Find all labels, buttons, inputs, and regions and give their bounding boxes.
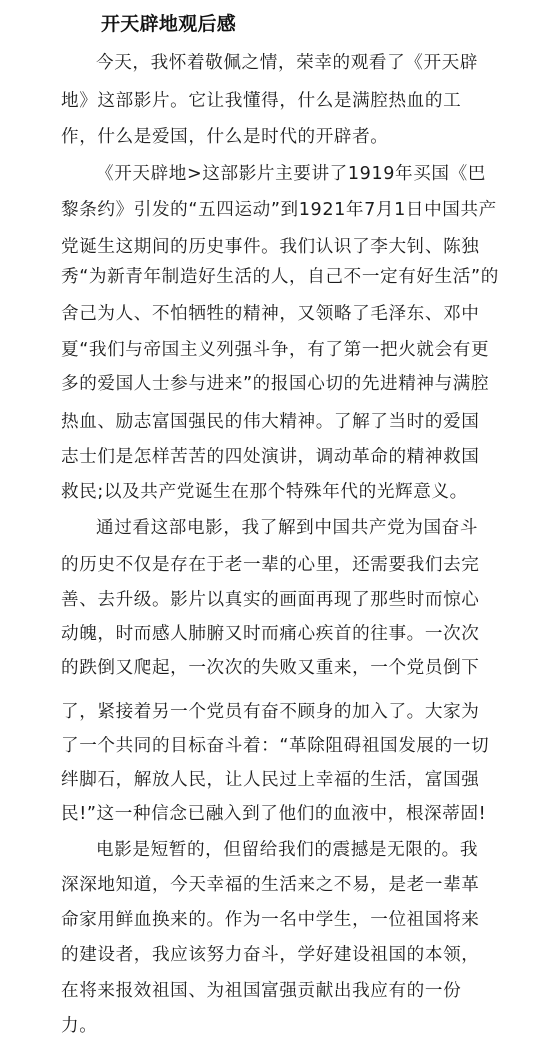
paragraph-1-line-1: 今天，我怀着敬佩之情，荣幸的观看了《开天辟 (96, 51, 478, 75)
paragraph-3-line-5: 的跌倒又爬起，一次次的失败又重来，一个党员倒下 (61, 656, 479, 680)
paragraph-4-line-4: 的建设者，我应该努力奋斗，学好建设祖国的本领， (61, 943, 479, 967)
paragraph-2-line-10: 救民;以及共产党诞生在那个特殊年代的光辉意义。 (61, 480, 468, 504)
paragraph-3-line-8: 绊脚石，解放人民，让人民过上幸福的生活，富国强 (61, 768, 479, 792)
paragraph-2-line-4: 秀“为新青年制造好生活的人，自己不一定有好生活”的 (61, 265, 499, 289)
paragraph-2-line-5: 舍己为人、不怕牺牲的精神，又领略了毛泽东、邓中 (61, 302, 479, 326)
paragraph-4-line-3: 命家用鲜血换来的。作为一名中学生，一位祖国将来 (61, 908, 479, 932)
paragraph-2-line-3: 党诞生这期间的历史事件。我们认识了李大钊、陈独 (61, 235, 479, 259)
paragraph-2-line-6: 夏“我们与帝国主义列强斗争，有了第一把火就会有更 (61, 338, 489, 362)
paragraph-3-line-4: 动魄，时而感人肺腑又时而痛心疾首的往事。一次次 (61, 622, 479, 646)
paragraph-4-line-5: 在将来报效祖国、为祖国富强贡献出我应有的一份 (61, 979, 461, 1003)
paragraph-3-line-1: 通过看这部电影，我了解到中国共产党为国奋斗 (96, 516, 478, 540)
paragraph-4-line-6: 力。 (61, 1014, 97, 1038)
paragraph-1-line-3: 作，什么是爱国，什么是时代的开辟者。 (61, 125, 389, 149)
paragraph-3-line-6: 了，紧接着另一个党员有奋不顾身的加入了。大家为 (61, 700, 479, 724)
paragraph-2-line-1: 《开天辟地>这部影片主要讲了1919年买国《巴 (96, 162, 486, 186)
paragraph-4-line-1: 电影是短暂的，但留给我们的震撼是无限的。我 (96, 838, 478, 862)
paragraph-2-line-2: 黎条约》引发的“五四运动”到1921年7月1日中国共产 (61, 198, 497, 222)
paragraph-3-line-2: 的历史不仅是存在于老一辈的心里，还需要我们去完 (61, 553, 479, 577)
paragraph-3-line-9: 民!”这一种信念已融入到了他们的血液中，根深蒂固! (61, 802, 486, 826)
document-title: 开天辟地观后感 (101, 10, 236, 38)
paragraph-1-line-2: 地》这部影片。它让我懂得，什么是满腔热血的工 (61, 89, 461, 113)
paragraph-2-line-8: 热血、励志富国强民的伟大精神。了解了当时的爱国 (61, 410, 479, 434)
paragraph-2-line-9: 志士们是怎样苦苦的四处演讲，调动革命的精神救国 (61, 445, 479, 469)
paragraph-4-line-2: 深深地知道，今天幸福的生活来之不易，是老一辈革 (61, 873, 479, 897)
document-page: 开天辟地观后感 今天，我怀着敬佩之情，荣幸的观看了《开天辟 地》这部影片。它让我… (0, 0, 540, 1062)
paragraph-3-line-3: 善、去升级。影片以真实的画面再现了那些时而惊心 (61, 588, 479, 612)
paragraph-3-line-7: 了一个共同的目标奋斗着：“革除阻碍祖国发展的一切 (61, 734, 489, 758)
paragraph-2-line-7: 多的爱国人士参与进来”的报国心切的先进精神与满腔 (61, 372, 489, 396)
